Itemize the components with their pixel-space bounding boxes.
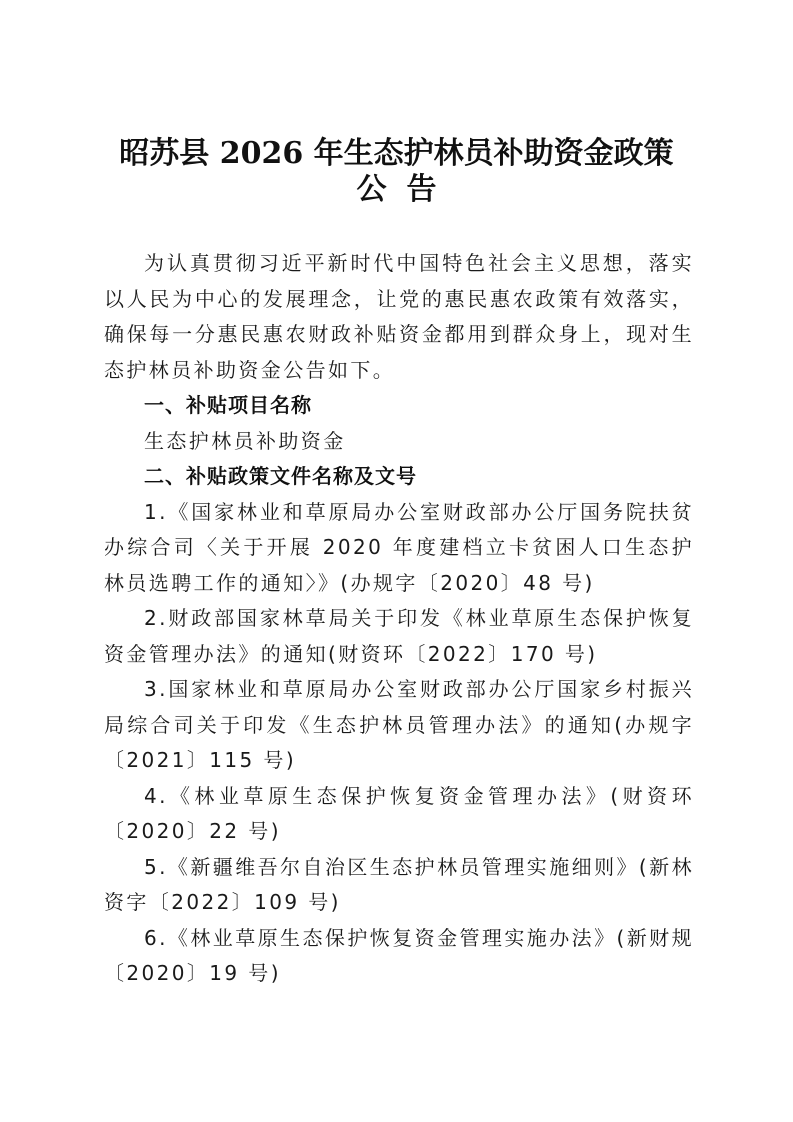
title-main: 昭苏县 2026 年生态护林员补助资金政策 <box>0 136 793 172</box>
section-content-project-name: 生态护林员补助资金 <box>104 424 694 460</box>
document-page: 昭苏县 2026 年生态护林员补助资金政策 公告 为认真贯彻习近平新时代中国特色… <box>0 0 793 1122</box>
title-sub: 公告 <box>0 172 793 208</box>
policy-file-item: 5.《新疆维吾尔自治区生态护林员管理实施细则》(新林资字〔2022〕109 号) <box>104 850 694 921</box>
section-heading-policy-files: 二、补贴政策文件名称及文号 <box>104 459 694 495</box>
intro-paragraph: 为认真贯彻习近平新时代中国特色社会主义思想，落实以人民为中心的发展理念，让党的惠… <box>104 246 694 388</box>
policy-file-item: 2.财政部国家林草局关于印发《林业草原生态保护恢复资金管理办法》的通知(财资环〔… <box>104 601 694 672</box>
policy-file-item: 6.《林业草原生态保护恢复资金管理实施办法》(新财规〔2020〕19 号) <box>104 921 694 992</box>
section-heading-project-name: 一、补贴项目名称 <box>104 388 694 424</box>
document-body: 为认真贯彻习近平新时代中国特色社会主义思想，落实以人民为中心的发展理念，让党的惠… <box>104 246 694 992</box>
policy-file-item: 1.《国家林业和草原局办公室财政部办公厅国务院扶贫办综合司〈关于开展 2020 … <box>104 495 694 602</box>
document-title: 昭苏县 2026 年生态护林员补助资金政策 公告 <box>0 136 793 208</box>
policy-file-item: 3.国家林业和草原局办公室财政部办公厅国家乡村振兴局综合司关于印发《生态护林员管… <box>104 672 694 779</box>
policy-file-item: 4.《林业草原生态保护恢复资金管理办法》(财资环〔2020〕22 号) <box>104 779 694 850</box>
